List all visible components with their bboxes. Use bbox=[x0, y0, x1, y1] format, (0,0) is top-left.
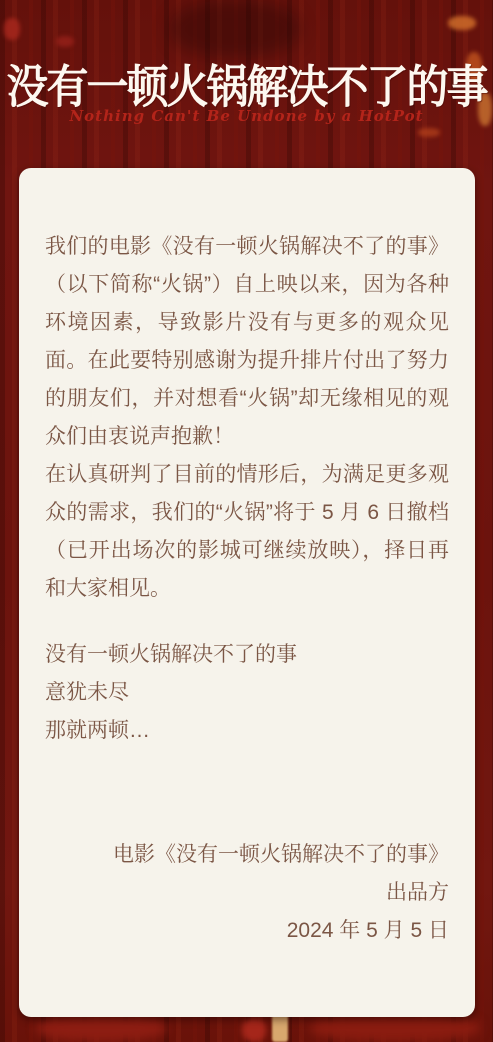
closing-lines: 没有一顿火锅解决不了的事 意犹未尽 那就两顿… bbox=[45, 636, 449, 750]
signature-block: 电影《没有一顿火锅解决不了的事》 出品方 2024 年 5 月 5 日 bbox=[45, 836, 449, 950]
announcement-paragraph-apology: 我们的电影《没有一顿火锅解决不了的事》（以下简称“火锅”）自上映以来，因为各种环… bbox=[45, 228, 449, 456]
background-dark-blotch bbox=[170, 0, 300, 58]
signature-date: 2024 年 5 月 5 日 bbox=[45, 912, 449, 950]
movie-announcement-poster: 没有一顿火锅解决不了的事 Nothing Can't Be Undone by … bbox=[0, 0, 493, 1042]
signature-producer: 出品方 bbox=[45, 874, 449, 912]
closing-line-tagline: 没有一顿火锅解决不了的事 bbox=[45, 636, 449, 674]
closing-line-unfinished: 意犹未尽 bbox=[45, 674, 449, 712]
closing-line-two-meals: 那就两顿… bbox=[45, 712, 449, 750]
announcement-paragraph-withdrawal: 在认真研判了目前的情形后，为满足更多观众的需求，我们的“火锅”将于 5 月 6 … bbox=[45, 456, 449, 608]
signature-film-title: 电影《没有一顿火锅解决不了的事》 bbox=[45, 836, 449, 874]
announcement-card: 我们的电影《没有一顿火锅解决不了的事》（以下简称“火锅”）自上映以来，因为各种环… bbox=[19, 168, 475, 1017]
background-bright-patch bbox=[310, 1014, 480, 1042]
background-orange-fleck bbox=[418, 128, 440, 137]
background-bright-patch bbox=[242, 1018, 266, 1042]
background-red-mark bbox=[4, 18, 20, 40]
movie-title: 没有一顿火锅解决不了的事 bbox=[0, 52, 493, 117]
background-orange-fleck bbox=[448, 16, 476, 30]
background-red-mark bbox=[56, 36, 74, 47]
title-block: 没有一顿火锅解决不了的事 Nothing Can't Be Undone by … bbox=[0, 54, 493, 125]
background-bright-patch bbox=[36, 1014, 166, 1042]
